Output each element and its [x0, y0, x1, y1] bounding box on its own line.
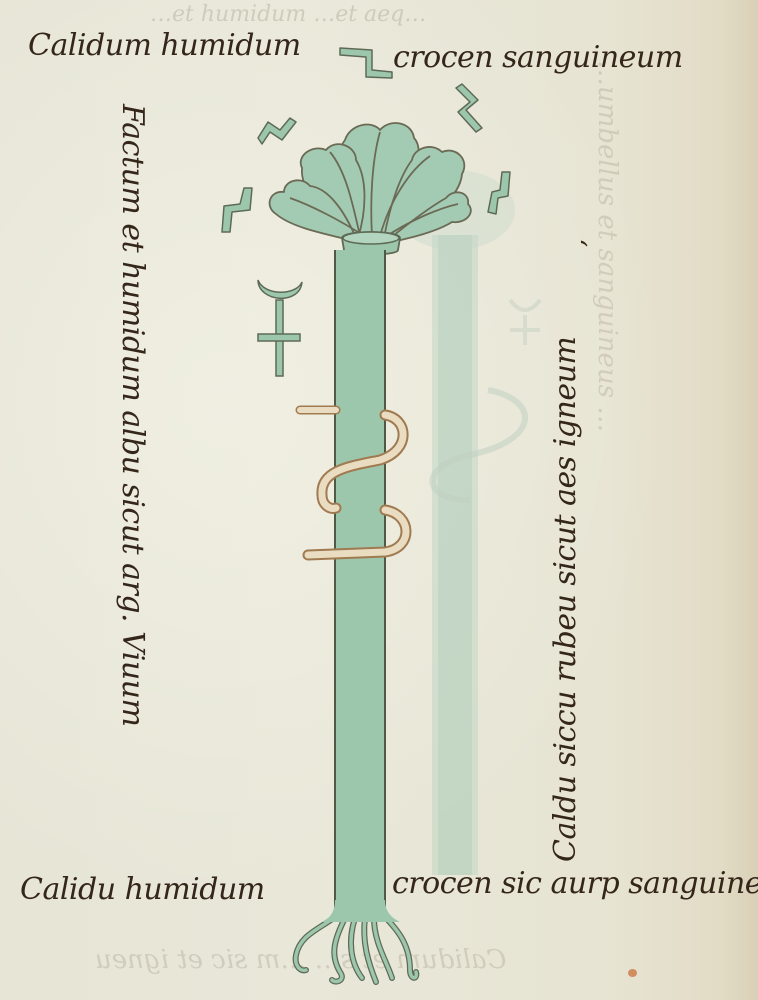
label-bottom-left: Calidu humidum	[20, 872, 265, 907]
label-right-vertical: Caldu siccu rubeu sicut aes igneum	[548, 337, 583, 862]
leafy-crown	[270, 123, 471, 242]
zigzag-symbol-left-lower	[222, 188, 252, 232]
manuscript-page: …umbellus et sanguineus … Calidum et s… …	[0, 0, 758, 1000]
label-top-right: crocen sanguineum	[393, 40, 683, 75]
label-top-left: Calidum humidum	[28, 28, 301, 63]
zigzag-symbol-top	[340, 48, 392, 78]
label-bottom-right: crocen sic aurp sanguineu,	[392, 866, 758, 901]
label-right-vertical-mark: ,	[561, 239, 591, 247]
mercury-symbol	[258, 280, 302, 376]
zigzag-symbol-left-upper	[258, 118, 296, 144]
label-left-vertical: Factum et humidum albu sicut arg. Viuum	[115, 104, 150, 726]
root-tendrils	[296, 900, 417, 982]
zigzag-symbol-right-upper	[456, 84, 482, 132]
zigzag-symbol-right-lower	[488, 172, 510, 214]
tall-green-column	[335, 250, 385, 918]
alchemical-plant-illustration	[0, 0, 758, 1000]
ink-stain	[628, 969, 637, 977]
